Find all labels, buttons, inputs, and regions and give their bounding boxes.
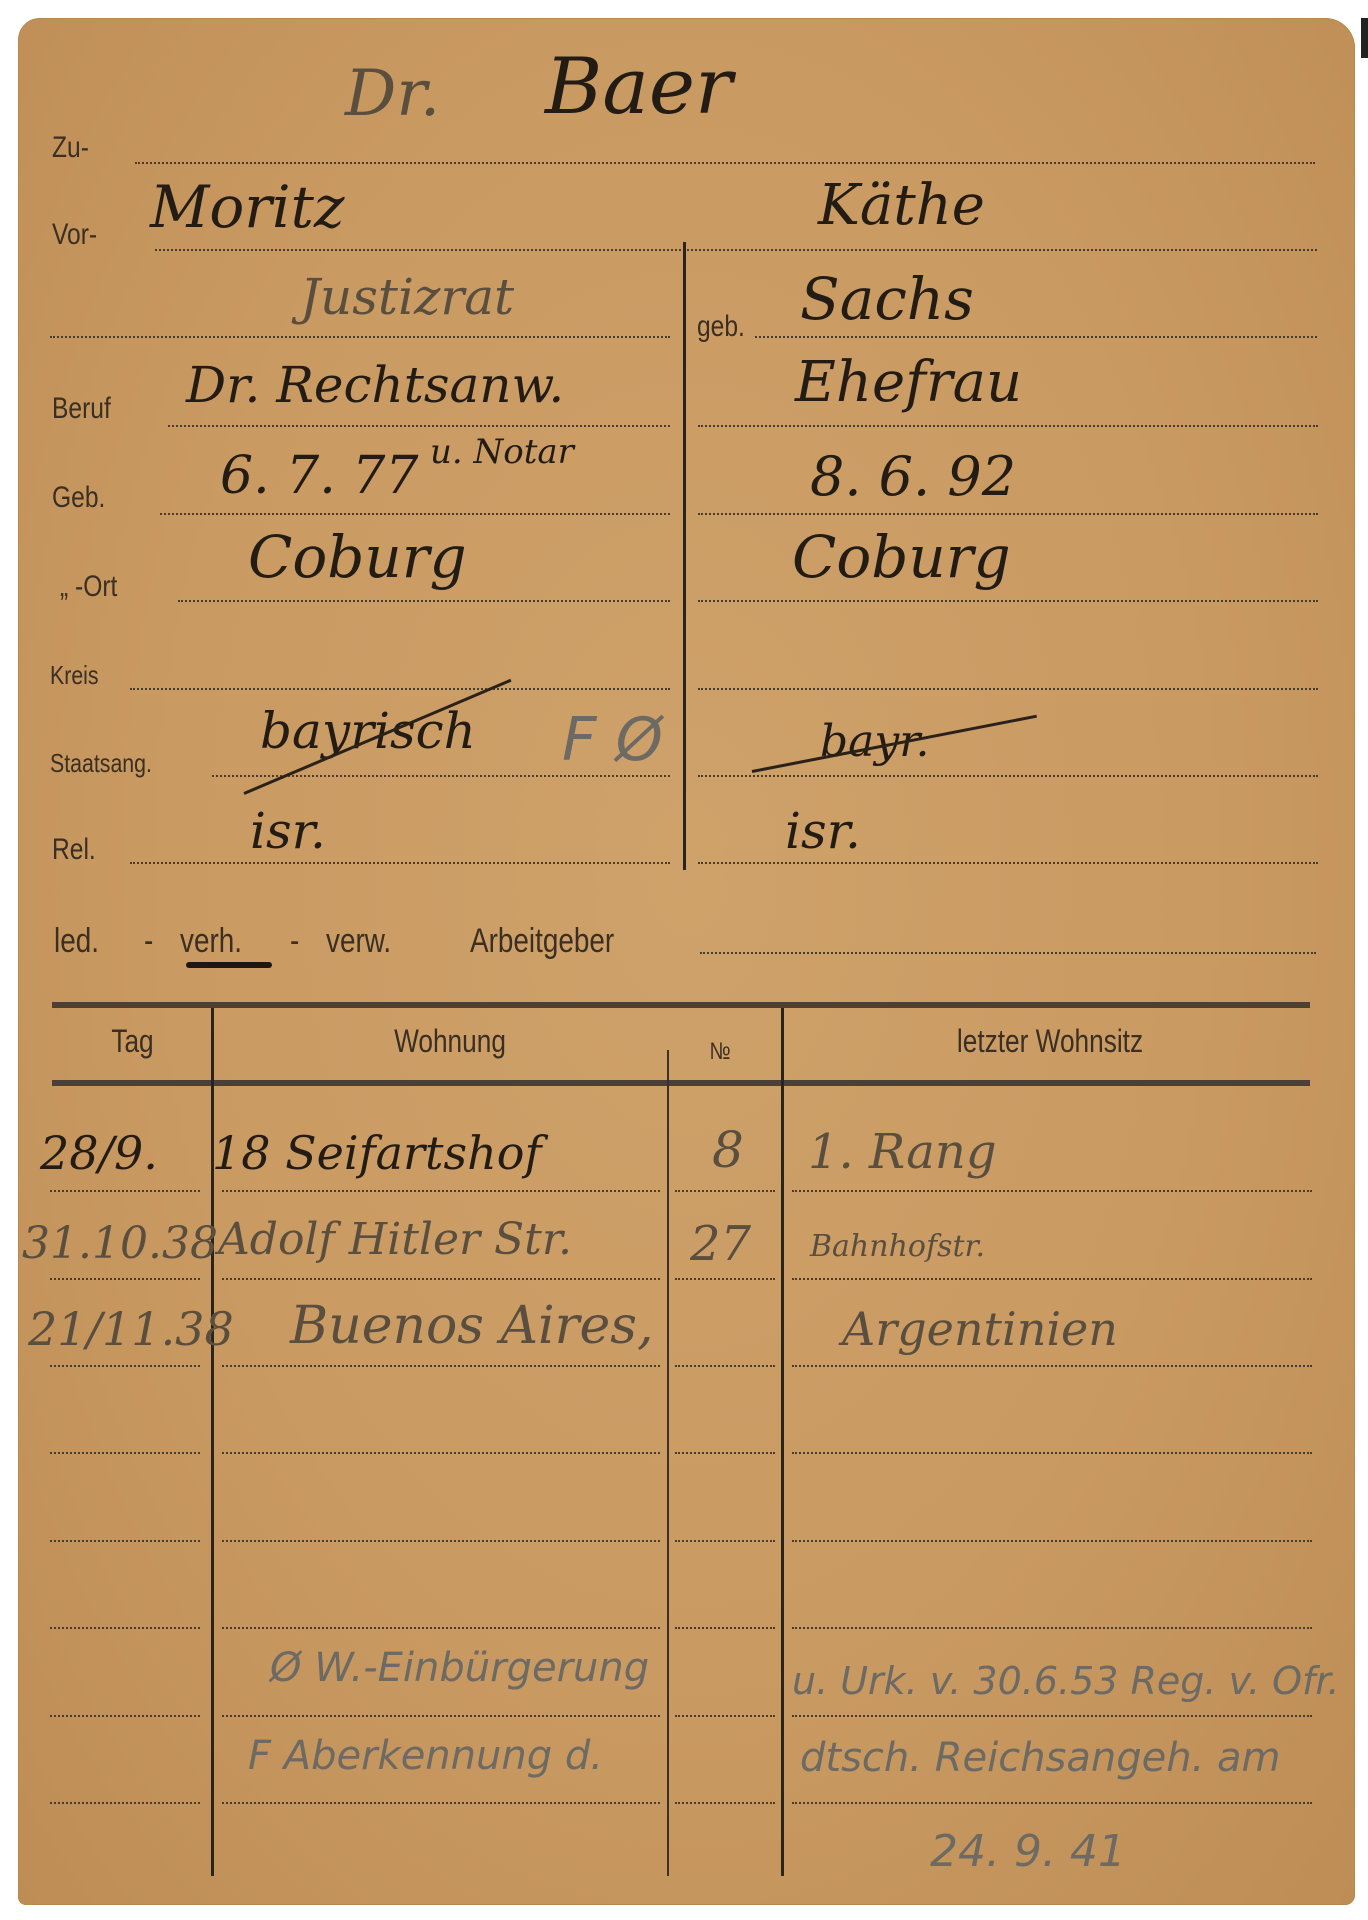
husband-first-name: Moritz — [150, 178, 344, 236]
husband-religion: isr. — [250, 806, 326, 856]
pencil-note-date: 24. 9. 41 — [930, 1830, 1126, 1874]
wife-birth-name: Sachs — [800, 270, 974, 328]
line-birth-place-left — [178, 600, 670, 602]
scan-edge — [1361, 18, 1368, 58]
cell-tag: 28/9. — [40, 1130, 158, 1176]
table-top-rule — [52, 1002, 1310, 1008]
marital-sep-1: - — [144, 924, 153, 958]
line-birth-place-right — [698, 600, 1318, 602]
line-birth-date-right — [698, 513, 1318, 515]
line-blank-left — [50, 336, 670, 338]
label-employer: Arbeitgeber — [470, 924, 614, 958]
header-letzter-wohnsitz: letzter Wohnsitz — [886, 1025, 1214, 1057]
label-birth-date: Geb. — [52, 483, 105, 513]
line-occupation-left — [168, 425, 670, 427]
surname-value: Baer — [545, 48, 732, 126]
col-divider-nr — [667, 1050, 669, 1876]
husband-birth-place: Coburg — [248, 528, 467, 586]
line-citizenship-right — [698, 775, 1318, 777]
wife-citizenship: bayr. — [820, 720, 929, 764]
cell-nr: 8 — [712, 1125, 744, 1175]
line-employer — [700, 952, 1316, 954]
husband-occupation-title: Justizrat — [300, 272, 514, 322]
marital-married: verh. — [180, 924, 242, 958]
header-wohnung: Wohnung — [327, 1025, 573, 1057]
husband-occupation: Dr. Rechtsanw. — [186, 360, 564, 410]
line-surname — [135, 162, 1315, 164]
pencil-note-line1-right: u. Urk. v. 30.6.53 Reg. v. Ofr. — [792, 1662, 1340, 1700]
husband-occupation-note: u. Notar — [430, 435, 574, 469]
marital-single: led. — [54, 924, 99, 958]
line-district-right — [698, 688, 1318, 690]
cell-wohnung: Adolf Hitler Str. — [218, 1218, 572, 1262]
pencil-note-line2-right: dtsch. Reichsangeh. am — [800, 1738, 1281, 1778]
line-religion-right — [698, 862, 1318, 864]
spouse-divider — [683, 242, 686, 870]
husband-citizenship: bayrisch — [260, 706, 476, 756]
line-occupation-right — [698, 425, 1318, 427]
pencil-note-line2-left: F Aberkennung d. — [248, 1736, 603, 1776]
table-header-rule — [52, 1080, 1310, 1086]
cell-tag: 31.10.38 — [22, 1222, 218, 1266]
line-birth-name — [755, 336, 1317, 338]
wife-birth-place: Coburg — [792, 528, 1011, 586]
label-district: Kreis — [50, 662, 99, 688]
header-tag: Tag — [81, 1025, 184, 1057]
marital-married-underline — [186, 962, 272, 968]
marital-widowed: verw. — [326, 924, 391, 958]
cell-nr: 27 — [690, 1220, 751, 1268]
marital-sep-2: - — [290, 924, 299, 958]
label-birth-name: geb. — [697, 312, 745, 342]
cell-wohnung: 18 Seifartshof — [212, 1130, 541, 1176]
wife-occupation: Ehefrau — [795, 355, 1022, 411]
line-first-name — [155, 249, 1317, 251]
husband-citizenship-mark: F Ø — [562, 710, 663, 770]
label-religion: Rel. — [52, 835, 96, 865]
cell-wohnung: Buenos Aires, — [290, 1300, 654, 1352]
label-birth-place: „ -Ort — [60, 572, 117, 602]
label-first-name: Vor- — [52, 220, 97, 250]
surname-prefix: Dr. — [345, 62, 440, 126]
wife-first-name: Käthe — [818, 178, 985, 234]
pencil-note-line1-left: Ø W.-Einbürgerung — [270, 1648, 649, 1688]
wife-birth-date: 8. 6. 92 — [810, 450, 1016, 504]
cell-tag: 21/11.38 — [28, 1306, 234, 1352]
cell-letzter: Bahnhofstr. — [810, 1232, 985, 1262]
label-citizenship: Staatsang. — [50, 750, 152, 776]
line-religion-left — [130, 862, 670, 864]
col-divider-letzter — [781, 1008, 784, 1876]
line-district-left — [130, 688, 670, 690]
cell-letzter: 1. Rang — [808, 1128, 997, 1176]
cell-letzter: Argentinien — [842, 1306, 1118, 1352]
husband-birth-date: 6. 7. 77 — [220, 450, 418, 502]
label-surname: Zu- — [52, 133, 89, 163]
label-occupation: Beruf — [52, 394, 111, 424]
header-nr: № — [695, 1040, 744, 1064]
line-birth-date-left — [160, 513, 670, 515]
wife-religion: isr. — [785, 806, 861, 856]
